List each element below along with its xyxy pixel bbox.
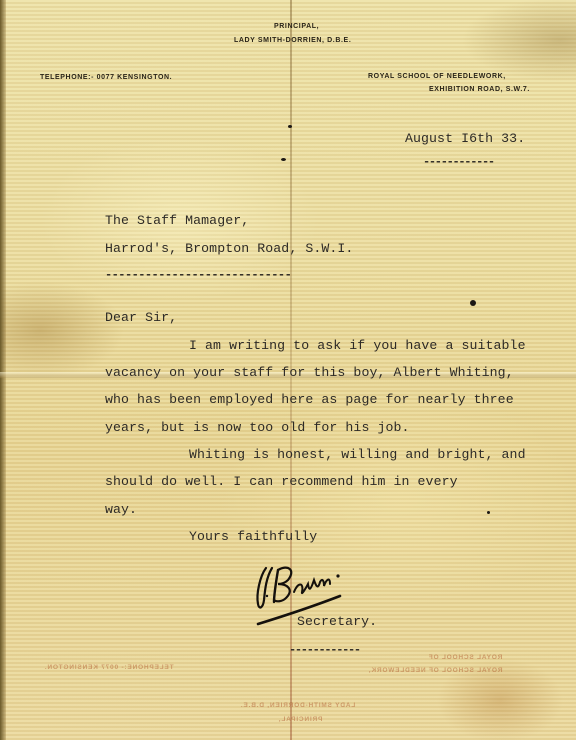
recipient-line-2: Harrod's, Brompton Road, S.W.I. [105, 241, 353, 256]
ink-spot [281, 158, 286, 161]
recipient-underline: ---------------------------- [105, 268, 291, 282]
letterhead-organization: ROYAL SCHOOL OF NEEDLEWORK, [368, 73, 506, 80]
salutation: Dear Sir, [105, 310, 177, 325]
body-line: should do well. I can recommend him in e… [105, 474, 458, 489]
ink-spot [470, 300, 476, 306]
show-through-org-1: ROYAL SCHOOL OF [428, 654, 502, 661]
show-through-principal-name: LADY SMITH-DORRIEN, D.B.E. [240, 702, 355, 709]
letter-page: PRINCIPAL, LADY SMITH-DORRIEN, D.B.E. TE… [0, 0, 576, 740]
ink-spot [288, 125, 292, 128]
letterhead-principal-label: PRINCIPAL, [274, 23, 319, 30]
body-line: vacancy on your staff for this boy, Albe… [105, 365, 514, 380]
body-line: Whiting is honest, willing and bright, a… [189, 447, 526, 462]
letterhead-telephone: TELEPHONE:- 0077 KENSINGTON. [40, 74, 172, 81]
date-underline: ------------ [423, 155, 494, 169]
paper-edge [0, 0, 6, 740]
ink-spot [487, 511, 490, 514]
show-through-telephone: TELEPHONE:- 0077 KENSINGTON. [44, 664, 174, 671]
closing-underline: ------------ [289, 643, 360, 657]
show-through-org-2: ROYAL SCHOOL OF NEEDLEWORK, [368, 667, 503, 674]
body-line: I am writing to ask if you have a suitab… [189, 338, 526, 353]
body-line: way. [105, 502, 137, 517]
show-through-principal-label: PRINCIPAL, [278, 716, 322, 723]
closing: Yours faithfully [189, 529, 317, 544]
signatory-title: Secretary. [297, 614, 377, 629]
body-line: years, but is now too old for his job. [105, 420, 410, 435]
recipient-line-1: The Staff Mamager, [105, 213, 249, 228]
body-line: who has been employed here as page for n… [105, 392, 514, 407]
letterhead-principal-name: LADY SMITH-DORRIEN, D.B.E. [234, 37, 351, 44]
letter-date: August I6th 33. [405, 131, 525, 146]
letterhead-address: EXHIBITION ROAD, S.W.7. [429, 86, 530, 93]
